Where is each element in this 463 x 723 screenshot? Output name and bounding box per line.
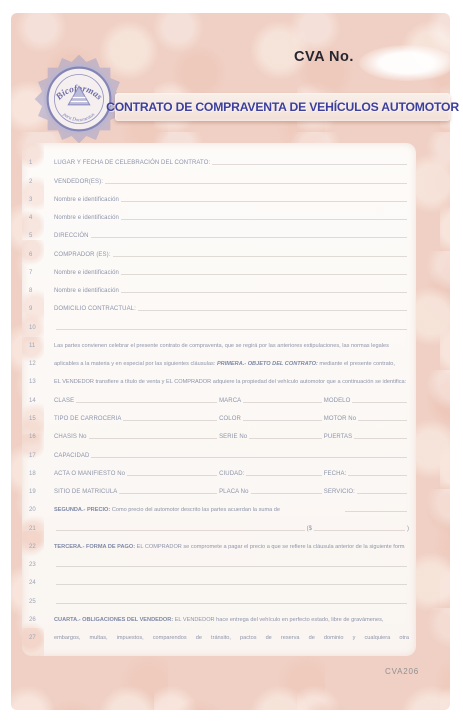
field-column: MARCA [219, 398, 324, 404]
line-number: 7 [22, 270, 51, 276]
field-column: CHASIS No [54, 434, 219, 440]
blank-fill-line [89, 438, 217, 439]
line-content: SITIO DE MATRICULAPLACA NoSERVICIO: [54, 489, 409, 495]
blank-fill-line [212, 164, 407, 165]
line-content: Nombre e identificación [54, 197, 409, 203]
field-label: DOMICILIO CONTRACTUAL: [54, 306, 136, 312]
paragraph-text: CUARTA.- OBLIGACIONES DEL VENDEDOR: EL V… [54, 617, 409, 623]
line-content [54, 329, 409, 331]
form-row-17: 17CAPACIDAD [22, 443, 416, 461]
field-column: TIPO DE CARROCERIA [54, 416, 219, 422]
field-label: SERVICIO: [324, 489, 355, 495]
currency-close: ) [407, 526, 409, 532]
line-number: 27 [22, 635, 51, 641]
field-column: FECHA: [324, 471, 409, 477]
form-row-24: 24 [22, 571, 416, 589]
blank-fill-line [127, 475, 217, 476]
form-row-21: 21($) [22, 516, 416, 534]
blank-fill-line [352, 402, 407, 403]
line-content: CUARTA.- OBLIGACIONES DEL VENDEDOR: EL V… [54, 617, 409, 623]
form-rows: 1LUGAR Y FECHA DE CELEBRACIÓN DEL CONTRA… [22, 151, 416, 644]
blank-fill-line [121, 292, 407, 293]
line-number: 6 [22, 252, 51, 258]
field-label: SITIO DE MATRICULA [54, 489, 117, 495]
blank-fill-line [138, 310, 407, 311]
form-row-22: 22TERCERA.- FORMA DE PAGO: EL COMPRADOR … [22, 535, 416, 553]
field-label: COMPRADOR (ES): [54, 252, 111, 258]
line-number: 16 [22, 434, 51, 440]
blank-fill-line [56, 603, 407, 604]
line-content: aplicables a la materia y en especial po… [54, 361, 409, 367]
line-number: 10 [22, 325, 51, 331]
form-panel: 1LUGAR Y FECHA DE CELEBRACIÓN DEL CONTRA… [22, 143, 416, 656]
paragraph-text: TERCERA.- FORMA DE PAGO: EL COMPRADOR se… [54, 544, 405, 550]
form-row-13: 13EL VENDEDOR transfiere a título de ven… [22, 370, 416, 388]
form-row-26: 26CUARTA.- OBLIGACIONES DEL VENDEDOR: EL… [22, 608, 416, 626]
blank-fill-line [121, 201, 407, 202]
line-content: DIRECCIÓN [54, 233, 409, 239]
form-row-4: 4Nombre e identificación [22, 206, 416, 224]
field-label: CAPACIDAD [54, 453, 89, 459]
form-row-6: 6COMPRADOR (ES): [22, 242, 416, 260]
form-row-11: 11Las partes convienen celebrar el prese… [22, 334, 416, 352]
field-label: Nombre e identificación [54, 215, 119, 221]
line-content: CLASEMARCAMODELO [54, 398, 409, 404]
form-row-18: 18ACTA O MANIFIESTO NoCIUDAD:FECHA: [22, 462, 416, 480]
field-label: PUERTAS [324, 434, 353, 440]
blank-fill-line [105, 183, 407, 184]
form-row-25: 25 [22, 589, 416, 607]
line-content: LUGAR Y FECHA DE CELEBRACIÓN DEL CONTRAT… [54, 160, 409, 166]
form-row-19: 19SITIO DE MATRICULAPLACA NoSERVICIO: [22, 480, 416, 498]
field-label: CLASE [54, 398, 74, 404]
line-content: Las partes convienen celebrar el present… [54, 343, 409, 349]
form-row-15: 15TIPO DE CARROCERIACOLORMOTOR No [22, 407, 416, 425]
line-content: COMPRADOR (ES): [54, 252, 409, 258]
blank-fill-line [119, 493, 217, 494]
currency-open: ($ [307, 526, 312, 532]
paragraph-text: SEGUNDA.- PRECIO: Como precio del automo… [54, 507, 343, 513]
field-label: TIPO DE CARROCERIA [54, 416, 121, 422]
field-label: MODELO [324, 398, 351, 404]
field-column: PLACA No [219, 489, 324, 495]
paragraph-text: embargos, multas, impuestos, comparendos… [54, 635, 409, 641]
field-column: COLOR [219, 416, 324, 422]
blank-fill-line [76, 402, 217, 403]
blank-fill-line [91, 237, 407, 238]
form-code: CVA206 [385, 667, 419, 676]
line-number: 9 [22, 306, 51, 312]
blank-fill-line [56, 530, 305, 531]
line-number: 26 [22, 617, 51, 623]
line-content: CAPACIDAD [54, 453, 409, 459]
line-number: 2 [22, 179, 51, 185]
line-content [54, 603, 409, 605]
line-number: 19 [22, 489, 51, 495]
blank-fill-line [123, 420, 217, 421]
line-content: TERCERA.- FORMA DE PAGO: EL COMPRADOR se… [54, 544, 409, 550]
line-number: 15 [22, 416, 51, 422]
line-content: Nombre e identificación [54, 270, 409, 276]
line-number: 23 [22, 562, 51, 568]
field-column: SITIO DE MATRICULA [54, 489, 219, 495]
line-content: ACTA O MANIFIESTO NoCIUDAD:FECHA: [54, 471, 409, 477]
cva-number-blank-field [359, 45, 455, 81]
line-number: 1 [22, 160, 51, 166]
line-content [54, 566, 409, 568]
line-number: 14 [22, 398, 51, 404]
field-column: CLASE [54, 398, 219, 404]
field-label: COLOR [219, 416, 241, 422]
form-row-5: 5DIRECCIÓN [22, 224, 416, 242]
form-row-16: 16CHASIS NoSERIE NoPUERTAS [22, 425, 416, 443]
form-row-20: 20SEGUNDA.- PRECIO: Como precio del auto… [22, 498, 416, 516]
line-content: embargos, multas, impuestos, comparendos… [54, 635, 409, 641]
line-number: 17 [22, 453, 51, 459]
field-label: CIUDAD: [219, 471, 244, 477]
field-label: LUGAR Y FECHA DE CELEBRACIÓN DEL CONTRAT… [54, 160, 210, 166]
blank-fill-line [357, 493, 407, 494]
blank-fill-line [358, 420, 407, 421]
line-content: TIPO DE CARROCERIACOLORMOTOR No [54, 416, 409, 422]
blank-fill-line [121, 219, 407, 220]
form-row-9: 9DOMICILIO CONTRACTUAL: [22, 297, 416, 315]
line-content: ($) [54, 526, 409, 532]
cva-number-label: CVA No. [294, 49, 354, 65]
form-row-3: 3Nombre e identificación [22, 188, 416, 206]
form-row-2: 2VENDEDOR(ES): [22, 169, 416, 187]
field-label: VENDEDOR(ES): [54, 179, 103, 185]
line-number: 4 [22, 215, 51, 221]
blank-fill-line [113, 256, 407, 257]
field-column: SERIE No [219, 434, 324, 440]
form-row-27: 27embargos, multas, impuestos, comparend… [22, 626, 416, 644]
bicoformas-seal-icon: Bicoformas para Documentos [30, 50, 128, 148]
field-label: Nombre e identificación [54, 288, 119, 294]
field-column: SERVICIO: [324, 489, 409, 495]
line-content: DOMICILIO CONTRACTUAL: [54, 306, 409, 312]
line-number: 3 [22, 197, 51, 203]
blank-fill-line [345, 511, 407, 512]
paragraph-text: Las partes convienen celebrar el present… [54, 343, 409, 349]
blank-fill-line [56, 584, 407, 585]
form-row-14: 14CLASEMARCAMODELO [22, 388, 416, 406]
blank-fill-line [243, 402, 322, 403]
field-column: MODELO [324, 398, 409, 404]
line-number: 24 [22, 580, 51, 586]
security-paper-background: Bicoformas para Documentos CVA No. CONTR… [11, 13, 450, 710]
line-number: 13 [22, 379, 51, 385]
field-label: MOTOR No [324, 416, 356, 422]
line-content: CHASIS NoSERIE NoPUERTAS [54, 434, 409, 440]
title-strip: CONTRATO DE COMPRAVENTA DE VEHÍCULOS AUT… [115, 93, 450, 121]
field-column: CIUDAD: [219, 471, 324, 477]
blank-fill-line [121, 274, 407, 275]
field-column: PUERTAS [324, 434, 409, 440]
field-label: SERIE No [219, 434, 247, 440]
line-content: SEGUNDA.- PRECIO: Como precio del automo… [54, 507, 409, 513]
field-label: MARCA [219, 398, 241, 404]
line-content: Nombre e identificación [54, 288, 409, 294]
blank-fill-line [246, 475, 321, 476]
line-content: VENDEDOR(ES): [54, 179, 409, 185]
paragraph-text: EL VENDEDOR transfiere a título de venta… [54, 379, 409, 385]
form-row-10: 10 [22, 315, 416, 333]
field-label: Nombre e identificación [54, 197, 119, 203]
blank-fill-line [348, 475, 407, 476]
form-row-12: 12aplicables a la materia y en especial … [22, 352, 416, 370]
field-label: CHASIS No [54, 434, 87, 440]
form-row-1: 1LUGAR Y FECHA DE CELEBRACIÓN DEL CONTRA… [22, 151, 416, 169]
field-label: ACTA O MANIFIESTO No [54, 471, 125, 477]
line-number: 18 [22, 471, 51, 477]
line-content [54, 584, 409, 586]
line-content: Nombre e identificación [54, 215, 409, 221]
line-number: 21 [22, 526, 51, 532]
field-label: DIRECCIÓN [54, 233, 89, 239]
blank-fill-line [56, 566, 407, 567]
field-column: ACTA O MANIFIESTO No [54, 471, 219, 477]
blank-fill-line [249, 438, 322, 439]
blank-fill-line [91, 457, 407, 458]
blank-fill-line [243, 420, 322, 421]
blank-fill-line [354, 438, 407, 439]
blank-fill-line [251, 493, 322, 494]
field-column: MOTOR No [324, 416, 409, 422]
line-number: 22 [22, 544, 51, 550]
form-row-8: 8Nombre e identificación [22, 279, 416, 297]
field-label: PLACA No [219, 489, 248, 495]
line-number: 5 [22, 233, 51, 239]
line-number: 25 [22, 599, 51, 605]
line-number: 11 [22, 343, 51, 349]
blank-fill-line [56, 329, 407, 330]
paragraph-text: aplicables a la materia y en especial po… [54, 361, 409, 367]
scanned-contract-page: Bicoformas para Documentos CVA No. CONTR… [0, 0, 463, 723]
field-label: Nombre e identificación [54, 270, 119, 276]
line-number: 8 [22, 288, 51, 294]
blank-fill-line [314, 530, 405, 531]
form-row-23: 23 [22, 553, 416, 571]
form-row-7: 7Nombre e identificación [22, 261, 416, 279]
line-number: 20 [22, 507, 51, 513]
line-content: EL VENDEDOR transfiere a título de venta… [54, 379, 409, 385]
field-label: FECHA: [324, 471, 347, 477]
document-title: CONTRATO DE COMPRAVENTA DE VEHÍCULOS AUT… [106, 100, 459, 114]
line-number: 12 [22, 361, 51, 367]
